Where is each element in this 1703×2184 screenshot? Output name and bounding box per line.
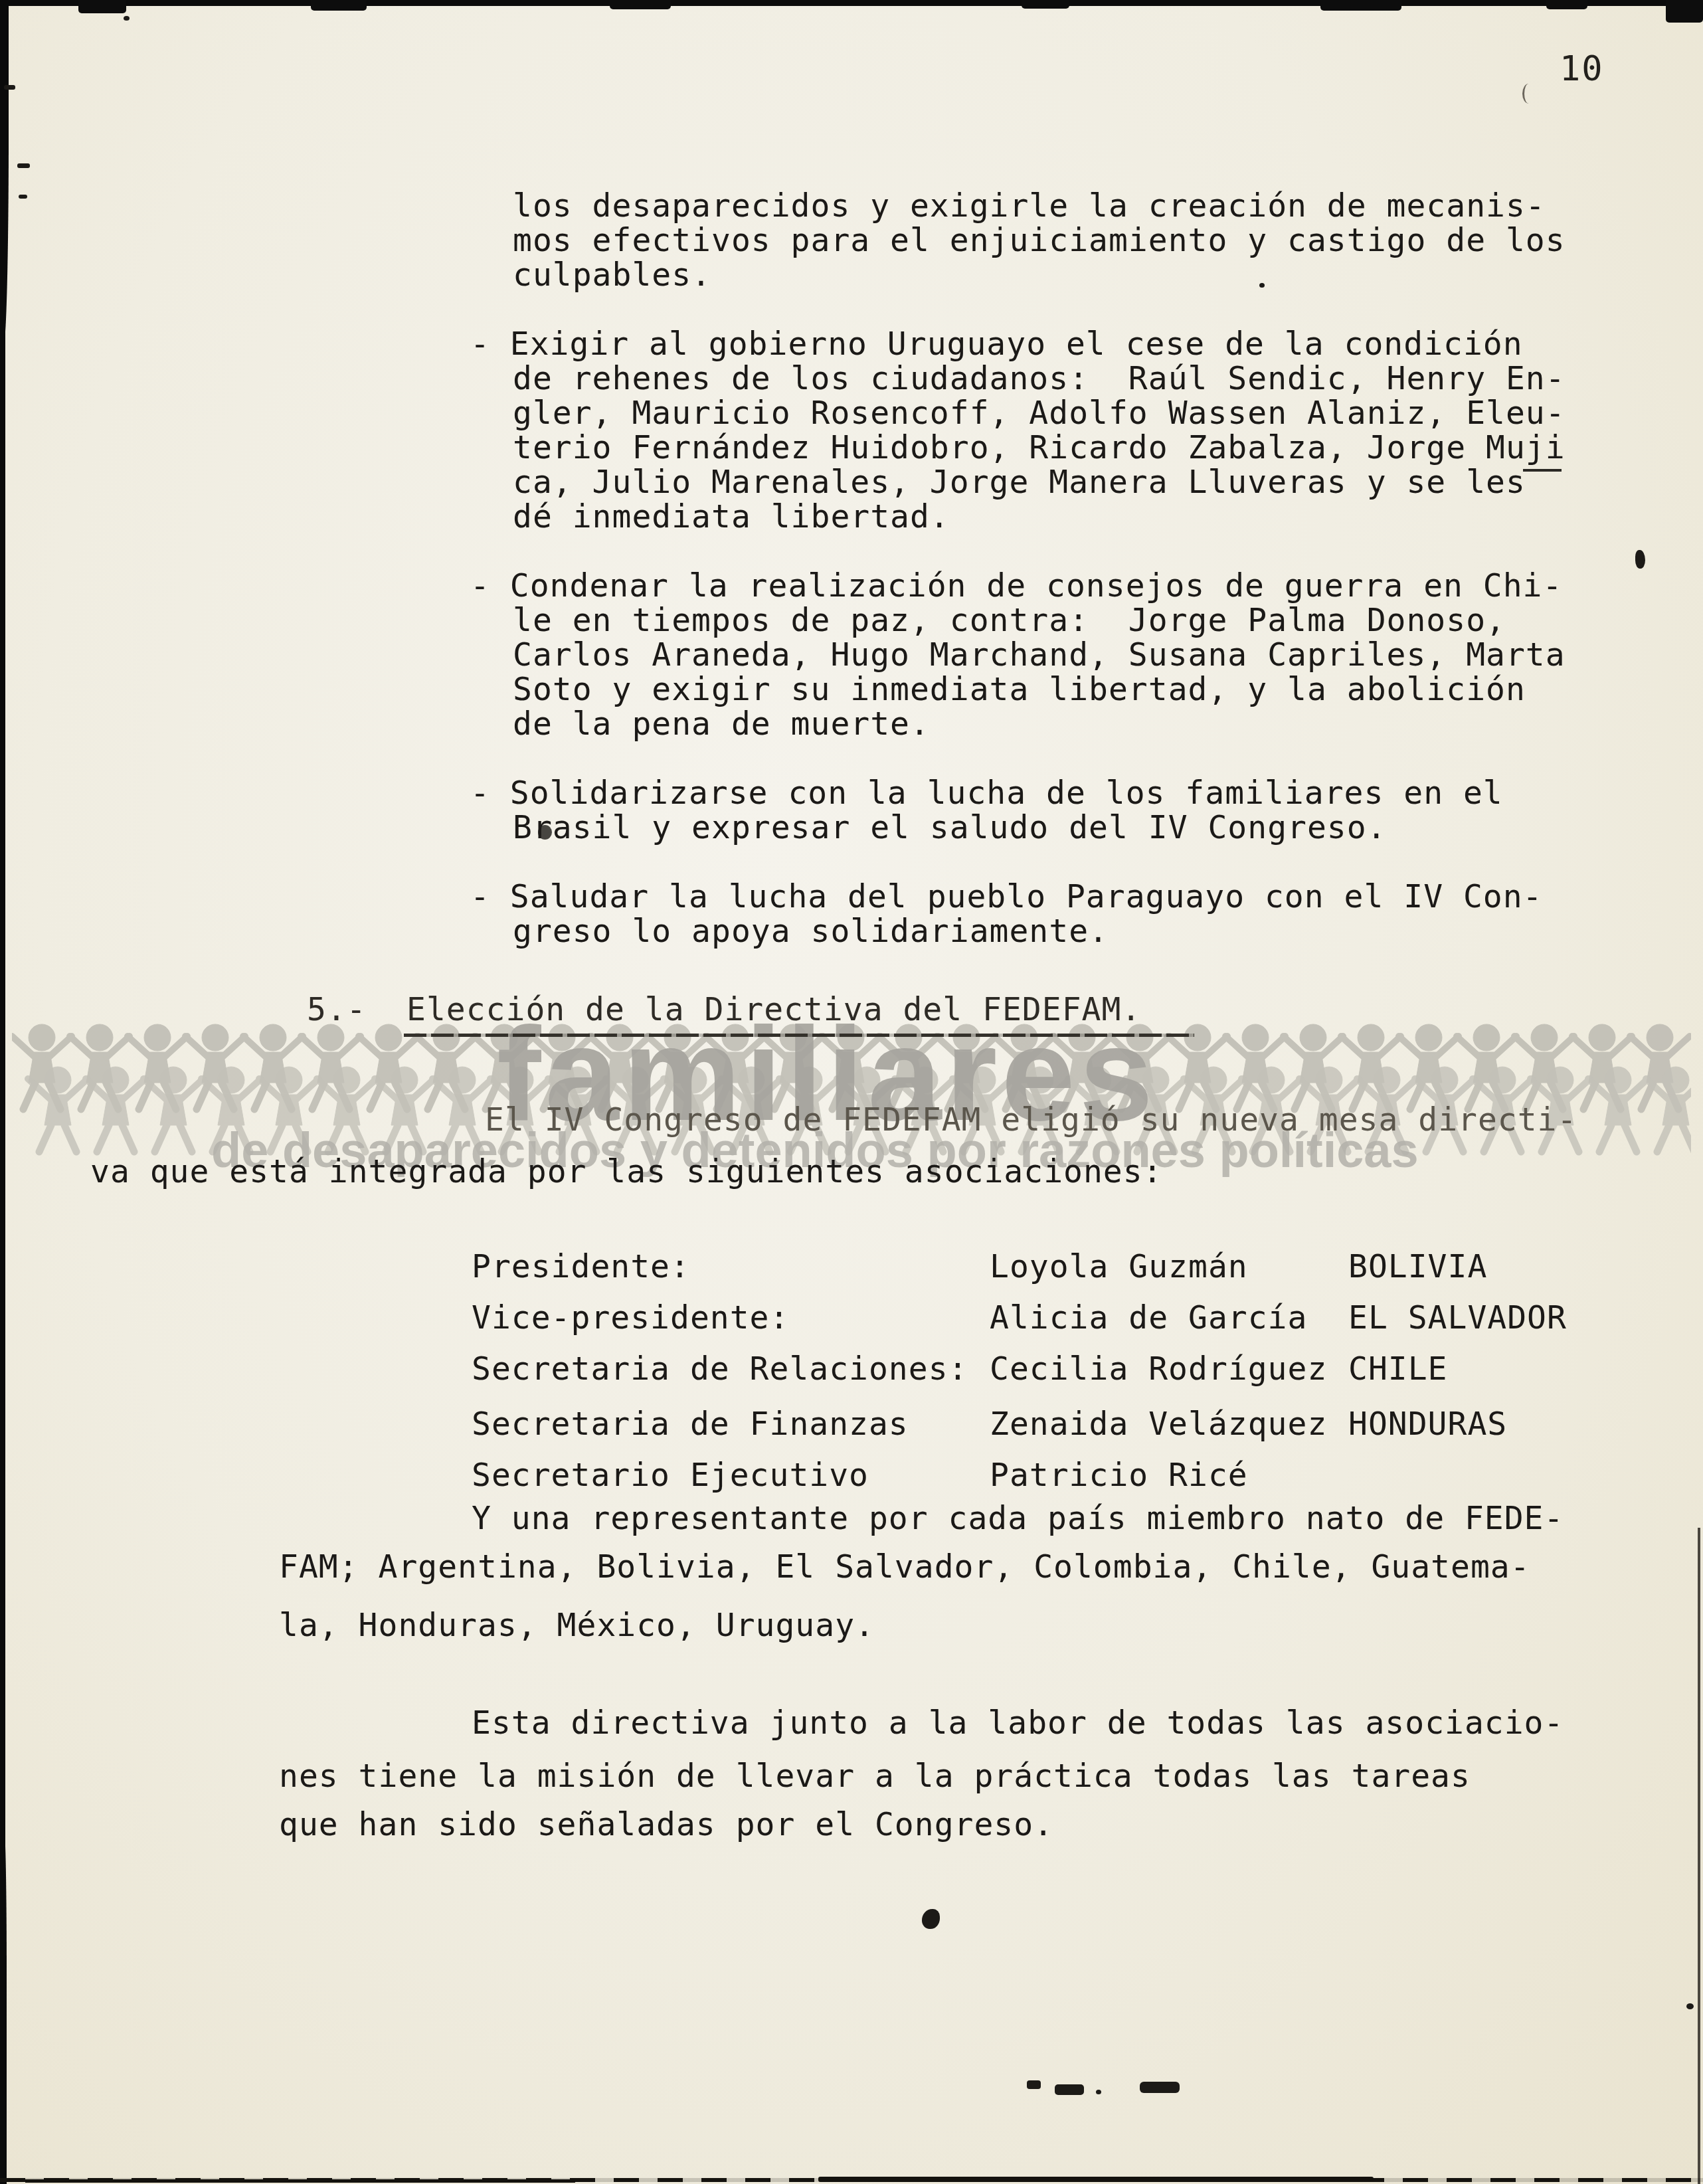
text-line: Y una representante por cada país miembr… [472, 1502, 1564, 1534]
text-line: le en tiempos de paz, contra: Jorge Palm… [513, 604, 1506, 636]
text-line: gler, Mauricio Rosencoff, Adolfo Wassen … [513, 397, 1566, 429]
section-number: 5.- [307, 994, 367, 1026]
text-line: Vice-presidente: [472, 1302, 789, 1334]
text-line: dé inmediata libertad. [513, 501, 950, 533]
text-line: Brasil y expresar el saludo del IV Congr… [513, 812, 1387, 844]
text-line: Loyola Guzmán [990, 1251, 1248, 1283]
text-line: ca, Julio Marenales, Jorge Manera Lluver… [513, 466, 1526, 498]
text-line: Patricio Ricé [990, 1459, 1248, 1491]
text-layer: 5.- Elección de la Directiva del FEDEFAM… [0, 0, 1703, 2184]
text-line: BOLIVIA [1348, 1251, 1487, 1283]
text-line: greso lo apoya solidariamente. [513, 915, 1109, 947]
text-line: los desaparecidos y exigirle la creación… [513, 190, 1546, 222]
text-line: - Exigir al gobierno Uruguayo el cese de… [470, 328, 1523, 360]
text-line: de la pena de muerte. [513, 708, 930, 740]
syllable-underline [1523, 469, 1562, 472]
text-line: Esta directiva junto a la labor de todas… [472, 1707, 1564, 1739]
text-line: culpables. [513, 259, 711, 291]
section-title: Elección de la Directiva del FEDEFAM. [406, 994, 1141, 1026]
text-line: - Condenar la realización de consejos de… [470, 570, 1562, 602]
text-line: - Saludar la lucha del pueblo Paraguayo … [470, 881, 1543, 913]
text-line: Carlos Araneda, Hugo Marchand, Susana Ca… [513, 639, 1566, 671]
section-title-underline [404, 1034, 1194, 1037]
text-line: nes tiene la misión de llevar a la práct… [279, 1760, 1471, 1792]
text-line: que han sido señaladas por el Congreso. [279, 1809, 1053, 1841]
text-line: - Solidarizarse con la lucha de los fami… [470, 777, 1503, 809]
text-line: Alicia de García [990, 1302, 1307, 1334]
text-line: Cecilia Rodríguez [990, 1353, 1327, 1385]
text-line: mos efectivos para el enjuiciamiento y c… [513, 225, 1566, 256]
text-line: terio Fernández Huidobro, Ricardo Zabalz… [513, 432, 1566, 464]
text-line: HONDURAS [1348, 1408, 1507, 1440]
text-line: la, Honduras, México, Uruguay. [279, 1609, 875, 1641]
text-line: FAM; Argentina, Bolivia, El Salvador, Co… [279, 1551, 1530, 1583]
text-line: CHILE [1348, 1353, 1448, 1385]
text-line: EL SALVADOR [1348, 1302, 1567, 1334]
text-line: Soto y exigir su inmediata libertad, y l… [513, 674, 1526, 705]
text-line: El IV Congreso de FEDEFAM eligió su nuev… [485, 1104, 1577, 1136]
scanned-document-page: familiares de desaparecidos y detenidos … [0, 0, 1703, 2184]
text-line: Presidente: [472, 1251, 690, 1283]
text-line: Secretario Ejecutivo [472, 1459, 869, 1491]
text-line: va que está integrada por las siguientes… [90, 1156, 1163, 1188]
text-line: Secretaria de Relaciones: [472, 1353, 968, 1385]
text-line: de rehenes de los ciudadanos: Raúl Sendi… [513, 363, 1566, 395]
text-line: Zenaida Velázquez [990, 1408, 1327, 1440]
text-line: Secretaria de Finanzas [472, 1408, 909, 1440]
